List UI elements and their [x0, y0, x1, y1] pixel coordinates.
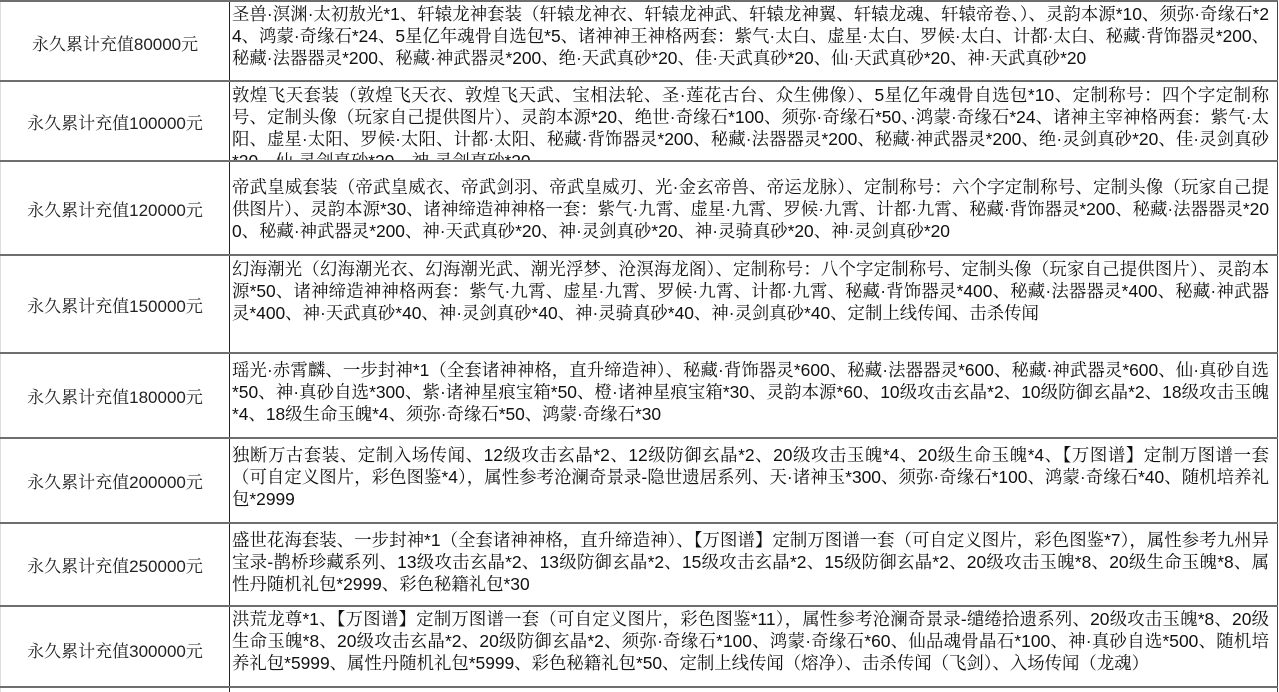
- table-row: 永久累计充值300000元 洪荒龙尊*1、【万图谱】定制万图谱一套（可自定义图片…: [0, 605, 1278, 692]
- recharge-tier-label: 永久累计充值80000元: [0, 2, 229, 82]
- recharge-tier-label: 永久累计充值150000元: [0, 256, 229, 352]
- reward-description: 独断万古套装、定制入场传闻、12级攻击玄晶*2、12级防御玄晶*2、20级攻击玉…: [229, 439, 1278, 522]
- reward-description: 帝武皇威套装（帝武皇威衣、帝武剑羽、帝武皇威刃、光·金玄帝兽、帝运龙脉）、定制称…: [229, 162, 1278, 254]
- table-bottom-border: [0, 686, 1278, 688]
- table-row: 永久累计充值250000元 盛世花海套装、一步封神*1（全套诸神神格，直升缔造神…: [0, 522, 1278, 605]
- recharge-tier-label: 永久累计充值300000元: [0, 607, 229, 692]
- table-row: 永久累计充值200000元 独断万古套装、定制入场传闻、12级攻击玄晶*2、12…: [0, 437, 1278, 522]
- reward-description: 敦煌飞天套装（敦煌飞天衣、敦煌飞天武、宝相法轮、圣·莲花古台、众生佛像）、5星亿…: [229, 82, 1278, 160]
- recharge-tier-label: 永久累计充值250000元: [0, 524, 229, 605]
- table-row: 永久累计充值180000元 瑶光·赤霄麟、一步封神*1（全套诸神神格，直升缔造神…: [0, 352, 1278, 437]
- table-row: 永久累计充值150000元 幻海潮光（幻海潮光衣、幻海潮光武、潮光浮梦、沧溟海龙…: [0, 254, 1278, 352]
- reward-description: 圣兽·溟渊·太初敖光*1、轩辕龙神套装（轩辕龙神衣、轩辕龙神武、轩辕龙神翼、轩辕…: [229, 2, 1278, 82]
- recharge-tier-label: 永久累计充值120000元: [0, 162, 229, 254]
- reward-description: 盛世花海套装、一步封神*1（全套诸神神格，直升缔造神）、【万图谱】定制万图谱一套…: [229, 524, 1278, 605]
- reward-description: 幻海潮光（幻海潮光衣、幻海潮光武、潮光浮梦、沧溟海龙阁）、定制称号：八个字定制称…: [229, 256, 1278, 352]
- reward-description: 瑶光·赤霄麟、一步封神*1（全套诸神神格，直升缔造神）、秘藏·背饰器灵*600、…: [229, 354, 1278, 437]
- table-row: 永久累计充值100000元 敦煌飞天套装（敦煌飞天衣、敦煌飞天武、宝相法轮、圣·…: [0, 80, 1278, 160]
- recharge-tier-label: 永久累计充值200000元: [0, 439, 229, 522]
- recharge-tier-label: 永久累计充值100000元: [0, 82, 229, 160]
- table-row: 永久累计充值80000元 圣兽·溟渊·太初敖光*1、轩辕龙神套装（轩辕龙神衣、轩…: [0, 0, 1278, 82]
- reward-description: 洪荒龙尊*1、【万图谱】定制万图谱一套（可自定义图片，彩色图鉴*11），属性参考…: [229, 607, 1278, 692]
- recharge-tier-label: 永久累计充值180000元: [0, 354, 229, 437]
- table-row: 永久累计充值120000元 帝武皇威套装（帝武皇威衣、帝武剑羽、帝武皇威刃、光·…: [0, 160, 1278, 254]
